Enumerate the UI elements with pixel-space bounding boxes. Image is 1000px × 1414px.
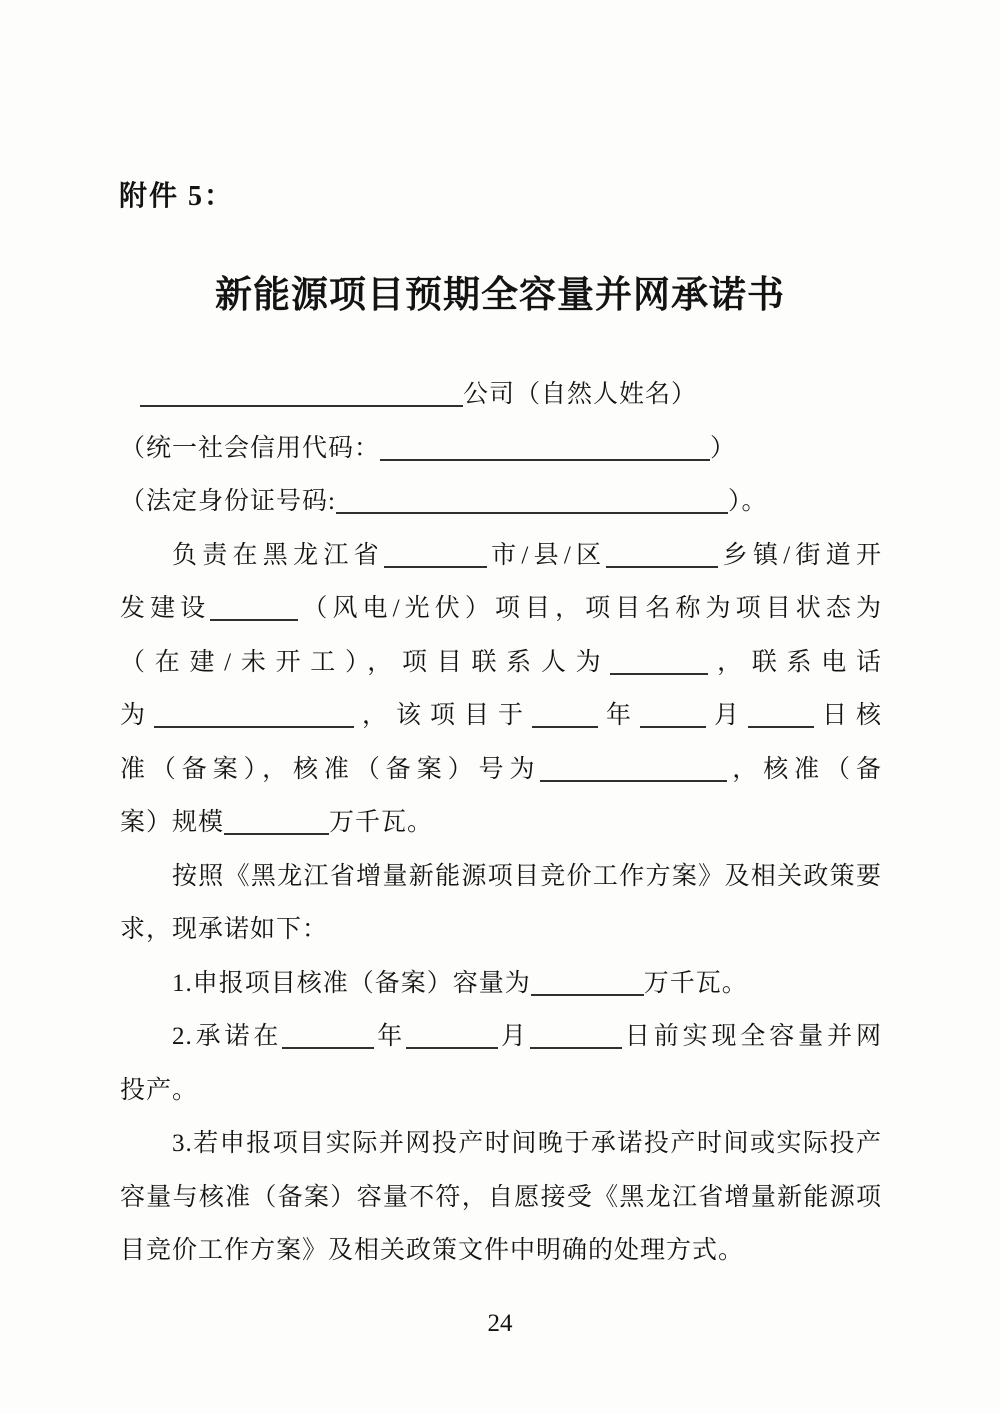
line-text: 目竞价工作方案》及相关政策文件中明确的处理方式。	[120, 1237, 744, 1264]
blank-underline-field	[610, 648, 708, 675]
line-text: 2.承诺在	[172, 1023, 282, 1050]
line-text: 发建设	[120, 595, 210, 622]
text-line: 求，现承诺如下：	[120, 903, 882, 957]
blank-underline-field	[640, 701, 706, 728]
line-text: 1.申报项目核准（备案）容量为	[172, 970, 531, 997]
line-text: 万千瓦。	[329, 809, 433, 836]
text-line: 按照《黑龙江省增量新能源项目竞价工作方案》及相关政策要	[120, 850, 882, 904]
blank-underline-field	[384, 541, 487, 568]
blank-underline-field	[406, 1022, 498, 1049]
text-line: 公司（自然人姓名）	[120, 368, 882, 422]
line-text: （在建/未开工），项目联系人为	[120, 649, 610, 676]
text-line: （统一社会信用代码：）	[120, 422, 882, 476]
line-text: 准（备案），核准（备案）号为	[120, 756, 540, 783]
document-body: 公司（自然人姓名）（统一社会信用代码：）（法定身份证号码:）。负责在黑龙江省市/…	[120, 368, 882, 1278]
line-text: 负责在黑龙江省	[172, 542, 384, 569]
line-text: 年	[598, 702, 640, 729]
text-line: 1.申报项目核准（备案）容量为万千瓦。	[120, 957, 882, 1011]
line-text: 公司（自然人姓名）	[463, 381, 697, 408]
line-text: ）	[710, 435, 736, 462]
line-text: ，联系电话	[708, 649, 882, 676]
line-text: 案）规模	[120, 809, 224, 836]
line-text: 投产。	[120, 1077, 198, 1104]
text-line: 为，该项目于年月日核	[120, 689, 882, 743]
line-text: 月	[706, 702, 748, 729]
blank-underline-field	[336, 487, 728, 514]
blank-underline-field	[380, 434, 710, 461]
blank-underline-field	[540, 755, 727, 782]
line-text: 月	[498, 1023, 530, 1050]
text-line: 投产。	[120, 1064, 882, 1118]
line-text: （风电/光伏）项目，项目名称为项目状态为	[298, 595, 882, 622]
blank-underline-field	[224, 808, 329, 835]
text-line: 准（备案），核准（备案）号为，核准（备	[120, 743, 882, 797]
text-line: 目竞价工作方案》及相关政策文件中明确的处理方式。	[120, 1224, 882, 1278]
document-title: 新能源项目预期全容量并网承诺书	[0, 264, 1000, 318]
blank-underline-field	[154, 701, 354, 728]
line-text: ，核准（备	[727, 756, 882, 783]
text-line: 负责在黑龙江省市/县/区乡镇/街道开	[120, 529, 882, 583]
line-text: （法定身份证号码:	[120, 488, 336, 515]
blank-underline-field	[532, 701, 598, 728]
blank-underline-field	[531, 969, 644, 996]
attachment-label: 附件 5：	[119, 174, 234, 214]
text-line: 容量与核准（备案）容量不符，自愿接受《黑龙江省增量新能源项	[120, 1171, 882, 1225]
line-text: ）。	[728, 488, 768, 515]
blank-underline-field	[530, 1022, 622, 1049]
line-text: 3.若申报项目实际并网投产时间晚于承诺投产时间或实际投产	[172, 1130, 882, 1157]
text-line: （法定身份证号码:）。	[120, 475, 882, 529]
text-line: 2.承诺在年月日前实现全容量并网	[120, 1010, 882, 1064]
line-text: 日前实现全容量并网	[622, 1023, 882, 1050]
line-text: 容量与核准（备案）容量不符，自愿接受《黑龙江省增量新能源项	[120, 1184, 882, 1211]
blank-underline-field	[210, 594, 298, 621]
line-text: 年	[374, 1023, 406, 1050]
text-line: 发建设（风电/光伏）项目，项目名称为项目状态为	[120, 582, 882, 636]
line-text: 日核	[814, 702, 882, 729]
blank-underline-field	[748, 701, 814, 728]
line-text: ，该项目于	[354, 702, 532, 729]
line-text: 万千瓦。	[644, 970, 748, 997]
line-text: 市/县/区	[487, 542, 607, 569]
line-text: 求，现承诺如下：	[120, 916, 328, 943]
text-line: （在建/未开工），项目联系人为，联系电话	[120, 636, 882, 690]
line-text: （统一社会信用代码：	[120, 435, 380, 462]
blank-underline-field	[282, 1022, 374, 1049]
page-number: 24	[0, 1310, 1000, 1338]
line-text: 乡镇/街道开	[718, 542, 882, 569]
document-page: 附件 5： 新能源项目预期全容量并网承诺书 公司（自然人姓名）（统一社会信用代码…	[0, 0, 1000, 1414]
text-line: 3.若申报项目实际并网投产时间晚于承诺投产时间或实际投产	[120, 1117, 882, 1171]
blank-underline-field	[140, 380, 463, 407]
blank-underline-field	[606, 541, 718, 568]
line-text: 按照《黑龙江省增量新能源项目竞价工作方案》及相关政策要	[172, 863, 882, 890]
text-line: 案）规模万千瓦。	[120, 796, 882, 850]
line-text: 为	[120, 702, 154, 729]
